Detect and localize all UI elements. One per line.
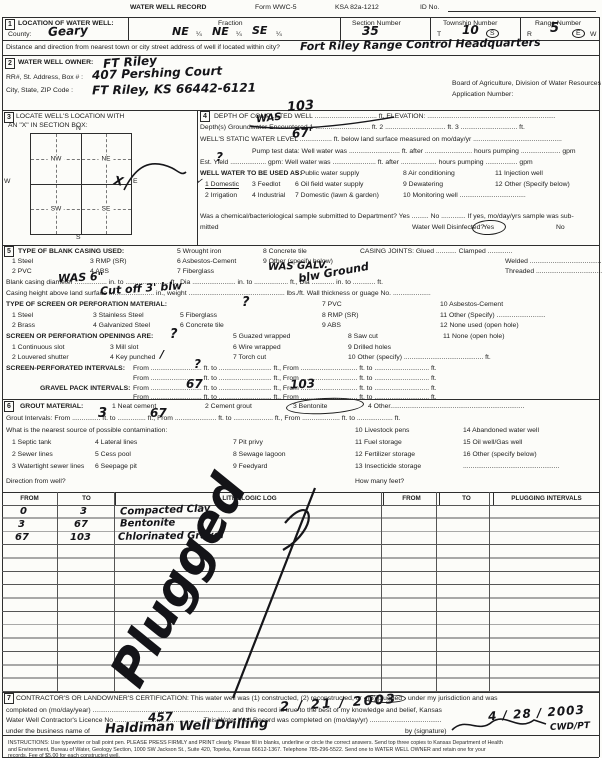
open-opt-keypunched: 4 Key punched xyxy=(110,354,155,362)
s3-title-line1: LOCATE WELL'S LOCATION WITH xyxy=(16,113,124,121)
fraction-2-hw: NE xyxy=(212,25,229,38)
rule-s4 xyxy=(2,245,599,246)
township-value-hw: 10 xyxy=(462,23,479,37)
static-level-value-hw: 67' xyxy=(292,125,313,140)
s1-div3 xyxy=(430,17,431,40)
litho-header-from2: FROM xyxy=(384,492,440,505)
open-opt-drilled: 9 Drilled holes xyxy=(348,344,391,352)
section-1-number: 1 xyxy=(5,19,15,30)
open-opt-other: 10 Other (specify) .....................… xyxy=(348,354,491,362)
sample-submitted-cont: mitted xyxy=(200,224,219,232)
litho-col1 xyxy=(57,492,58,692)
sample-submitted-line: Was a chemical/bacteriological sample su… xyxy=(200,213,597,221)
est-yield-line: Est. Yield ................... gpm: Well… xyxy=(200,159,597,167)
used-opt-aircon: 8 Air conditioning xyxy=(403,170,455,178)
joints-threaded: Threaded ...............................… xyxy=(505,268,602,276)
by-signature-label: by (signature) xyxy=(405,728,447,736)
spi-question-hw: ? xyxy=(194,357,201,371)
contam-opt-insecticide: 13 Insecticide storage xyxy=(355,463,421,471)
casing-opt-pvc: 2 PVC xyxy=(12,268,32,276)
contam-opt-lagoon: 8 Sewage lagoon xyxy=(233,451,286,459)
quadrant-nw: NW xyxy=(48,156,65,163)
quadrant-ne: NE xyxy=(98,156,113,163)
open-opt-millslot: 3 Mill slot xyxy=(110,344,138,352)
county-label: County: xyxy=(8,31,31,39)
diameter-was6-hw: WAS 6" xyxy=(58,270,104,285)
city-state-zip-hw: FT Riley, KS 66442-6121 xyxy=(92,81,256,98)
range-w: W xyxy=(590,31,596,39)
s5-title: TYPE OF BLANK CASING USED: xyxy=(18,248,124,256)
contamination-label: What is the nearest source of possible c… xyxy=(6,427,167,435)
litho-col5 xyxy=(489,492,490,692)
rule-top xyxy=(2,17,599,18)
board-of-agriculture-label: Board of Agriculture, Division of Water … xyxy=(452,80,601,88)
signature-initials-hw: CWD/PT xyxy=(550,721,590,733)
quarter-2: ¼ xyxy=(236,31,242,39)
disinfected-yes-circle xyxy=(472,219,507,236)
city-state-zip-label: City, State, ZIP Code : xyxy=(6,87,73,95)
litho-header-to1: TO xyxy=(58,492,116,505)
contam-opt-fuel: 11 Fuel storage xyxy=(355,439,402,447)
contam-opt-sewer: 2 Sewer lines xyxy=(12,451,53,459)
used-opt-dewatering: 9 Dewatering xyxy=(403,181,443,189)
used-opt-monitoring: 10 Monitoring well .....................… xyxy=(403,192,526,200)
grout-opt-cement: 2 Cement grout xyxy=(205,403,252,411)
contam-opt-fertilizer: 12 Fertilizer storage xyxy=(355,451,415,459)
rule-s1b xyxy=(2,55,599,56)
grout-intervals-line: Grout Intervals: From ............... ft… xyxy=(6,415,598,423)
screen-opt-none: 12 None used (open hole) xyxy=(440,322,519,330)
water-well-record-form: WATER WELL RECORD Form WWC-5 KSA 82a-121… xyxy=(0,0,602,758)
distance-label: Distance and direction from nearest town… xyxy=(6,44,280,52)
used-opt-domestic: 1 Domestic xyxy=(205,181,239,189)
cert-text-b: under my jurisdiction and was xyxy=(408,695,498,702)
quarter-3: ¼ xyxy=(276,31,282,39)
open-opt-guazed: 5 Guazed wrapped xyxy=(233,333,290,341)
used-as-label: WELL WATER TO BE USED AS: xyxy=(200,170,302,178)
litho-header-plugging: PLUGGING INTERVALS xyxy=(494,492,599,505)
screen-opt-abs: 9 ABS xyxy=(322,322,341,330)
screen-opt-steel: 1 Steel xyxy=(12,312,33,320)
litho-header-to2: TO xyxy=(440,492,494,505)
screen-perforated-intervals-label: SCREEN-PERFORATED INTERVALS: xyxy=(6,365,125,373)
contam-opt-feedyard: 9 Feedyard xyxy=(233,463,267,471)
used-opt-oilfield: 6 Oil field water supply xyxy=(295,181,363,189)
fraction-1-hw: NE xyxy=(172,25,189,38)
section-7-number: 7 xyxy=(4,693,14,704)
openings-question-hw: ? xyxy=(170,327,178,342)
casing-opt-wrought: 5 Wrought iron xyxy=(177,248,221,256)
contam-opt-septic: 1 Septic tank xyxy=(12,439,51,447)
screen-opt-concrete: 6 Concrete tile xyxy=(180,322,224,330)
statute-ref: KSA 82a-1212 xyxy=(335,4,379,12)
contam-opt-other: 16 Other (specify below) xyxy=(463,451,537,459)
casing-opt-fiberglass: 7 Fiberglass xyxy=(177,268,214,276)
gravel-pack-intervals-label: GRAVEL PACK INTERVALS: xyxy=(40,385,130,393)
used-opt-other: 12 Other (Specify below) xyxy=(495,181,570,189)
screen-opt-pvc: 7 PVC xyxy=(322,301,342,309)
contam-opt-oilwell: 15 Oil well/Gas well xyxy=(463,439,522,447)
gravel-to-hw: 103 xyxy=(290,376,316,391)
quarter-1: ¼ xyxy=(196,31,202,39)
litho-r2-to: 67 xyxy=(74,519,88,530)
section-6-number: 6 xyxy=(4,401,14,412)
domestic-underlined: 1 Domestic xyxy=(205,181,239,189)
static-water-level-line: WELL'S STATIC WATER LEVEL ..............… xyxy=(200,136,597,144)
contam-opt-lateral: 4 Lateral lines xyxy=(95,439,137,447)
open-opt-wire: 6 Wire wrapped xyxy=(233,344,281,352)
contam-opt-livestock: 10 Livestock pens xyxy=(355,427,409,435)
rule-s7-bottom xyxy=(2,735,599,736)
contam-opt-abandoned: 14 Abandoned water well xyxy=(463,427,539,435)
application-number-label: Application Number: xyxy=(452,91,513,99)
used-opt-feedlot: 3 Feedlot xyxy=(252,181,280,189)
gpi-line-2: From ........................... ft. to … xyxy=(133,394,598,402)
casing-height-line: Casing height above land surface .......… xyxy=(6,290,598,298)
screen-opt-other: 11 Other (Specify) .....................… xyxy=(440,312,546,320)
joints-welded: Welded .................................… xyxy=(505,258,602,266)
screen-opt-brass: 2 Brass xyxy=(12,322,35,330)
pump-test-line: Pump test data: Well water was .........… xyxy=(252,148,576,156)
how-many-feet-label: How many feet? xyxy=(355,478,404,486)
open-opt-continuous: 1 Continuous slot xyxy=(12,344,65,352)
gravel-from-hw: 67 xyxy=(186,377,203,391)
used-opt-irrigation: 2 Irrigation xyxy=(205,192,237,200)
distance-value-hw: Fort Riley Range Control Headquarters xyxy=(300,36,541,53)
used-opt-injection: 11 Injection well xyxy=(495,170,543,178)
s6-title: GROUT MATERIAL: xyxy=(20,403,83,411)
screen-opt-asbestos: 10 Asbestos-Cement xyxy=(440,301,503,309)
litho-r3-from: 67 xyxy=(15,532,29,543)
s2-title: WATER WELL OWNER: xyxy=(18,59,93,67)
grout-opt-other: 4 Other.................................… xyxy=(368,403,598,411)
e-edge-scrawl xyxy=(120,152,190,196)
form-number: Form WWC-5 xyxy=(255,4,297,12)
form-title: WATER WELL RECORD xyxy=(130,4,206,12)
plugged-tail-stroke xyxy=(225,478,325,703)
domestic-check-hw: ✓ xyxy=(195,176,205,188)
screen-opt-galvanized: 4 Galvanized Steel xyxy=(93,322,150,330)
used-opt-industrial: 4 Industrial xyxy=(252,192,285,200)
id-no-blank xyxy=(448,11,596,12)
depth-value-hw: 103 xyxy=(286,98,314,115)
signature-scrawl xyxy=(448,714,548,734)
grout-to-hw: 67 xyxy=(150,406,167,420)
quadrant-sw: SW xyxy=(48,206,64,213)
litho-r1-to: 3 xyxy=(80,506,87,517)
range-e: E xyxy=(572,30,585,38)
contam-opt-seepage: 6 Seepage pit xyxy=(95,463,137,471)
casing-opt-asbestos: 6 Asbestos-Cement xyxy=(177,258,236,266)
open-opt-sawcut: 8 Saw cut xyxy=(348,333,378,341)
range-e-circled: E xyxy=(572,29,585,38)
casing-opt-rmp: 3 RMP (SR) xyxy=(90,258,127,266)
open-opt-torchcut: 7 Torch cut xyxy=(233,354,266,362)
litho-header-from1: FROM xyxy=(2,492,58,505)
business-name-label: under the business name of xyxy=(6,728,90,736)
direction-from-well-label: Direction from well? xyxy=(6,478,66,486)
id-no-label: ID No. xyxy=(420,4,439,12)
section-5-number: 5 xyxy=(4,246,14,257)
keypunched-slash-hw: / xyxy=(160,348,164,361)
county-value-hw: Geary xyxy=(48,23,89,39)
section-4-number: 4 xyxy=(200,111,210,122)
border-right xyxy=(599,17,600,757)
fraction-3-hw: SE xyxy=(252,24,267,37)
open-opt-none: 11 None (open hole) xyxy=(443,333,504,341)
instructions-line-3: records. Fee of $5.00 for each construct… xyxy=(8,752,596,758)
quadrant-se: SE xyxy=(99,206,114,213)
section-2-number: 2 xyxy=(5,58,15,69)
casing-opt-concrete: 8 Concrete tile xyxy=(263,248,307,256)
screen-opt-stainless: 3 Stainless Steel xyxy=(93,312,144,320)
litho-r2-log: Bentonite xyxy=(120,518,175,530)
used-opt-lawn: 7 Domestic (lawn & garden) xyxy=(295,192,379,200)
screen-material-title: TYPE OF SCREEN OR PERFORATION MATERIAL: xyxy=(6,301,167,309)
casing-opt-steel: 1 Steel xyxy=(12,258,33,266)
compass-w: W xyxy=(4,178,10,186)
range-value-hw: 5 xyxy=(550,21,559,36)
litho-r2-from: 3 xyxy=(18,519,25,530)
litho-r1-from: 0 xyxy=(20,506,27,517)
address-label: RR#, St. Address, Box # : xyxy=(6,74,83,82)
litho-col3 xyxy=(381,492,382,692)
s1-div1 xyxy=(128,17,129,40)
contam-opt-pitprivy: 7 Pit privy xyxy=(233,439,263,447)
section-number-hw: 35 xyxy=(362,24,379,38)
screen-material-question-hw: ? xyxy=(242,295,250,310)
openings-title: SCREEN OR PERFORATION OPENINGS ARE: xyxy=(6,333,153,341)
screen-opt-fiberglass: 5 Fiberglass xyxy=(180,312,217,320)
casing-joints-line: CASING JOINTS: Glued ........... Clamped… xyxy=(360,248,512,256)
screen-opt-rmp: 8 RMP (SR) xyxy=(322,312,359,320)
groundwater-strike-scrawl xyxy=(248,114,398,132)
litho-r3-to: 103 xyxy=(70,532,91,543)
open-opt-louvered: 2 Louvered shutter xyxy=(12,354,69,362)
used-opt-public: 5 Public water supply xyxy=(295,170,359,178)
litho-col4 xyxy=(436,492,437,692)
grout-from-hw: 3 xyxy=(98,406,107,421)
compass-s: S xyxy=(76,234,81,242)
contam-other-blank: ........................................… xyxy=(463,463,559,471)
spi-line-1: From ........................... ft. to … xyxy=(133,365,598,373)
disinfected-no: No xyxy=(556,224,565,232)
s1-div2 xyxy=(340,17,341,40)
contam-opt-cesspool: 5 Cess pool xyxy=(95,451,131,459)
contam-opt-watertight: 3 Watertight sewer lines xyxy=(12,463,84,471)
compass-n: N xyxy=(76,125,81,133)
yield-question-hw: ? xyxy=(216,150,223,164)
